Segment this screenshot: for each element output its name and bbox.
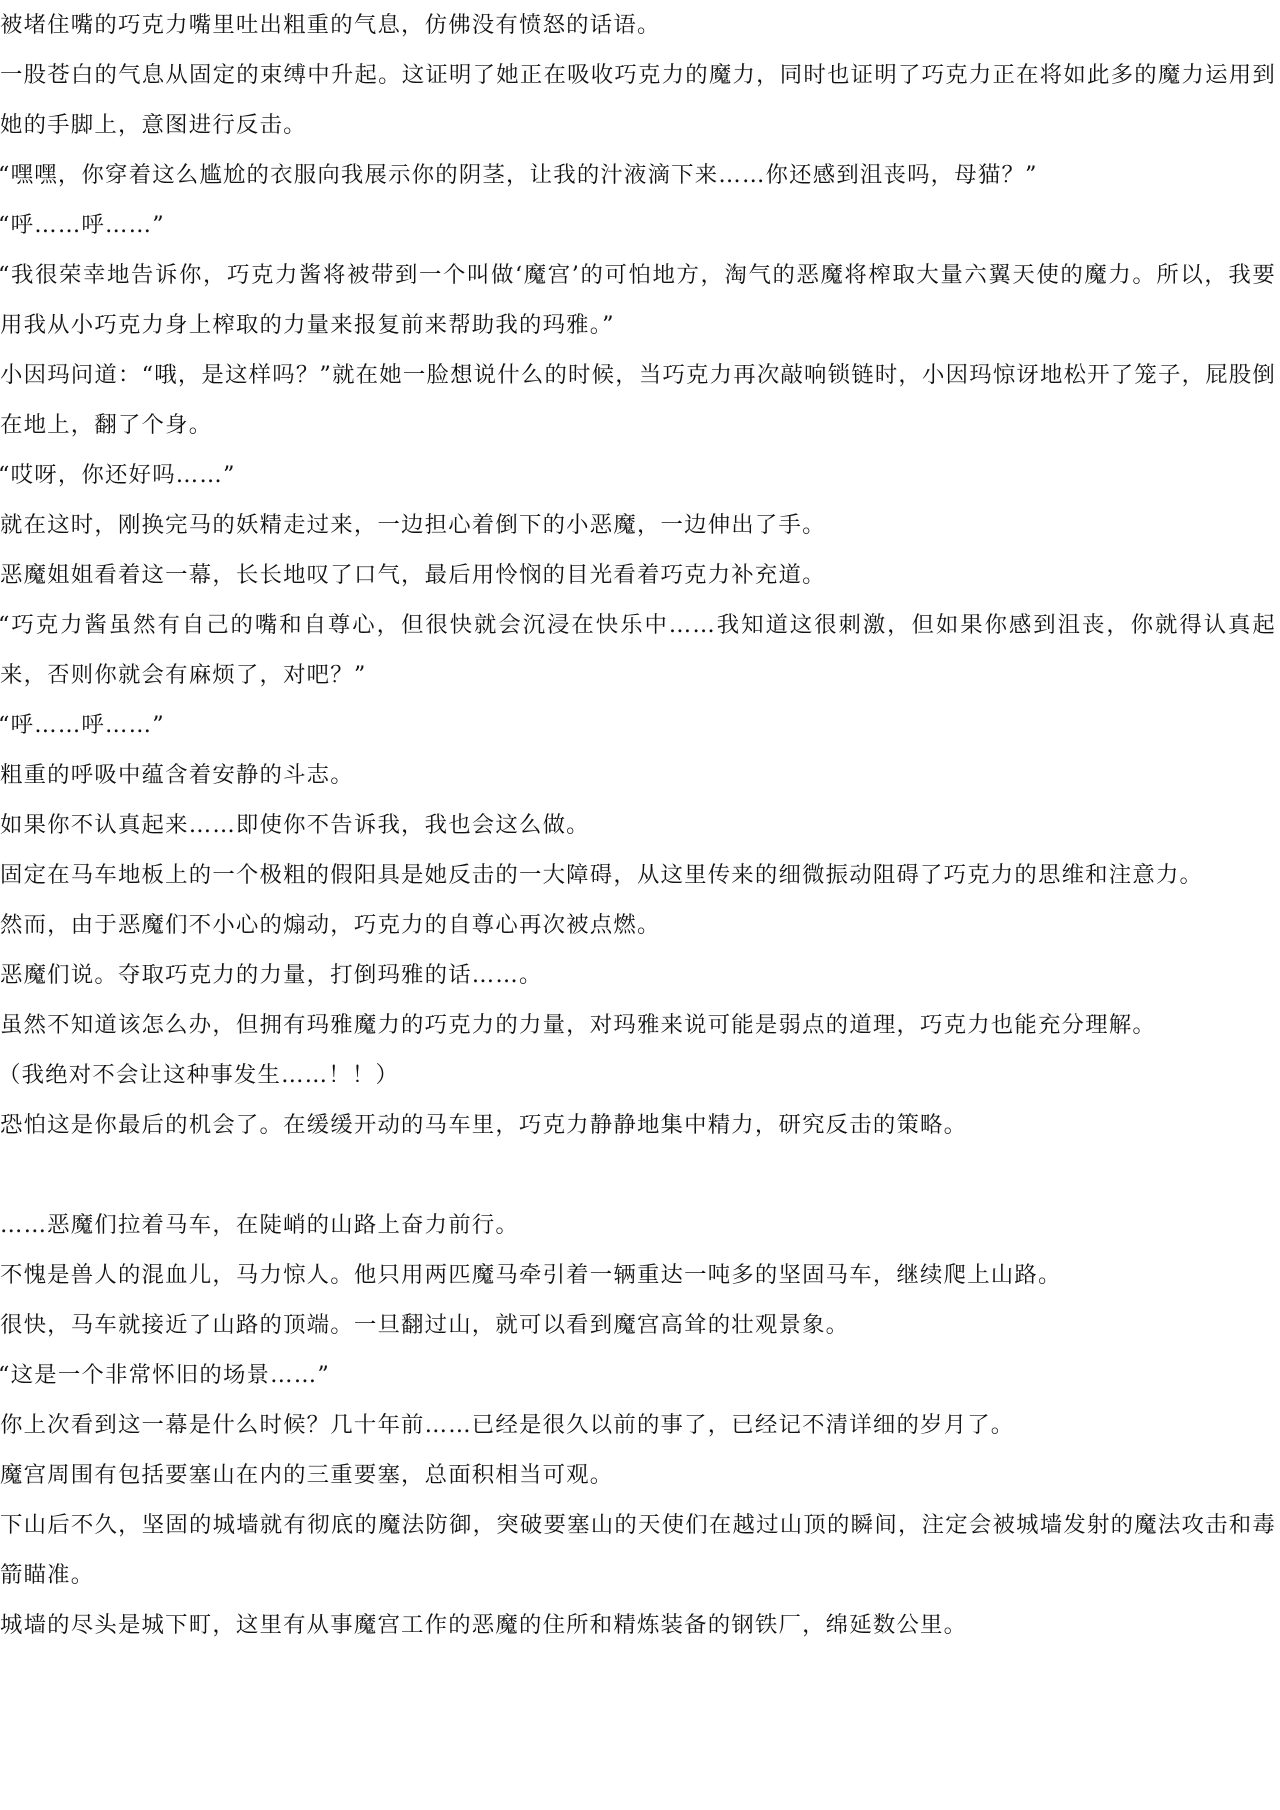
section-1: 被堵住嘴的巧克力嘴里吐出粗重的气息，仿佛没有愤怒的话语。 一股苍白的气息从固定的… [0, 0, 1276, 1150]
paragraph: 虽然不知道该怎么办，但拥有玛雅魔力的巧克力的力量，对玛雅来说可能是弱点的道理，巧… [0, 1000, 1276, 1050]
paragraph: 城墙的尽头是城下町，这里有从事魔宫工作的恶魔的住所和精炼装备的钢铁厂，绵延数公里… [0, 1600, 1276, 1650]
document-page: 被堵住嘴的巧克力嘴里吐出粗重的气息，仿佛没有愤怒的话语。 一股苍白的气息从固定的… [0, 0, 1276, 1650]
paragraph: 恶魔们说。夺取巧克力的力量，打倒玛雅的话……。 [0, 950, 1276, 1000]
paragraph: 粗重的呼吸中蕴含着安静的斗志。 [0, 750, 1276, 800]
paragraph: 恐怕这是你最后的机会了。在缓缓开动的马车里，巧克力静静地集中精力，研究反击的策略… [0, 1100, 1276, 1150]
paragraph: 小因玛问道：“哦，是这样吗？”就在她一脸想说什么的时候，当巧克力再次敲响锁链时，… [0, 350, 1276, 450]
dialogue-paragraph: “我很荣幸地告诉你，巧克力酱将被带到一个叫做‘魔宫’的可怕地方，淘气的恶魔将榨取… [0, 250, 1276, 350]
paragraph: ……恶魔们拉着马车，在陡峭的山路上奋力前行。 [0, 1200, 1276, 1250]
paragraph: 然而，由于恶魔们不小心的煽动，巧克力的自尊心再次被点燃。 [0, 900, 1276, 950]
paragraph: 不愧是兽人的混血儿，马力惊人。他只用两匹魔马牵引着一辆重达一吨多的坚固马车，继续… [0, 1250, 1276, 1300]
paragraph: 你上次看到这一幕是什么时候？几十年前……已经是很久以前的事了，已经记不清详细的岁… [0, 1400, 1276, 1450]
dialogue-paragraph: “哎呀，你还好吗……” [0, 450, 1276, 500]
section-2: ……恶魔们拉着马车，在陡峭的山路上奋力前行。 不愧是兽人的混血儿，马力惊人。他只… [0, 1200, 1276, 1650]
dialogue-paragraph: “呼……呼……” [0, 700, 1276, 750]
paragraph: 下山后不久，坚固的城墙就有彻底的魔法防御，突破要塞山的天使们在越过山顶的瞬间，注… [0, 1500, 1276, 1600]
paragraph: 被堵住嘴的巧克力嘴里吐出粗重的气息，仿佛没有愤怒的话语。 [0, 0, 1276, 50]
section-break [0, 1150, 1276, 1200]
dialogue-paragraph: “嘿嘿，你穿着这么尴尬的衣服向我展示你的阴茎，让我的汁液滴下来……你还感到沮丧吗… [0, 150, 1276, 200]
paragraph: 很快，马车就接近了山路的顶端。一旦翻过山，就可以看到魔宫高耸的壮观景象。 [0, 1300, 1276, 1350]
paragraph: 魔宫周围有包括要塞山在内的三重要塞，总面积相当可观。 [0, 1450, 1276, 1500]
paragraph: 恶魔姐姐看着这一幕，长长地叹了口气，最后用怜悯的目光看着巧克力补充道。 [0, 550, 1276, 600]
paragraph: 固定在马车地板上的一个极粗的假阳具是她反击的一大障碍，从这里传来的细微振动阻碍了… [0, 850, 1276, 900]
dialogue-paragraph: “这是一个非常怀旧的场景……” [0, 1350, 1276, 1400]
inner-thought-paragraph: （我绝对不会让这种事发生……！！） [0, 1050, 1276, 1100]
paragraph: 一股苍白的气息从固定的束缚中升起。这证明了她正在吸收巧克力的魔力，同时也证明了巧… [0, 50, 1276, 150]
dialogue-paragraph: “呼……呼……” [0, 200, 1276, 250]
paragraph: 就在这时，刚换完马的妖精走过来，一边担心着倒下的小恶魔，一边伸出了手。 [0, 500, 1276, 550]
paragraph: 如果你不认真起来……即使你不告诉我，我也会这么做。 [0, 800, 1276, 850]
dialogue-paragraph: “巧克力酱虽然有自己的嘴和自尊心，但很快就会沉浸在快乐中……我知道这很刺激，但如… [0, 600, 1276, 700]
